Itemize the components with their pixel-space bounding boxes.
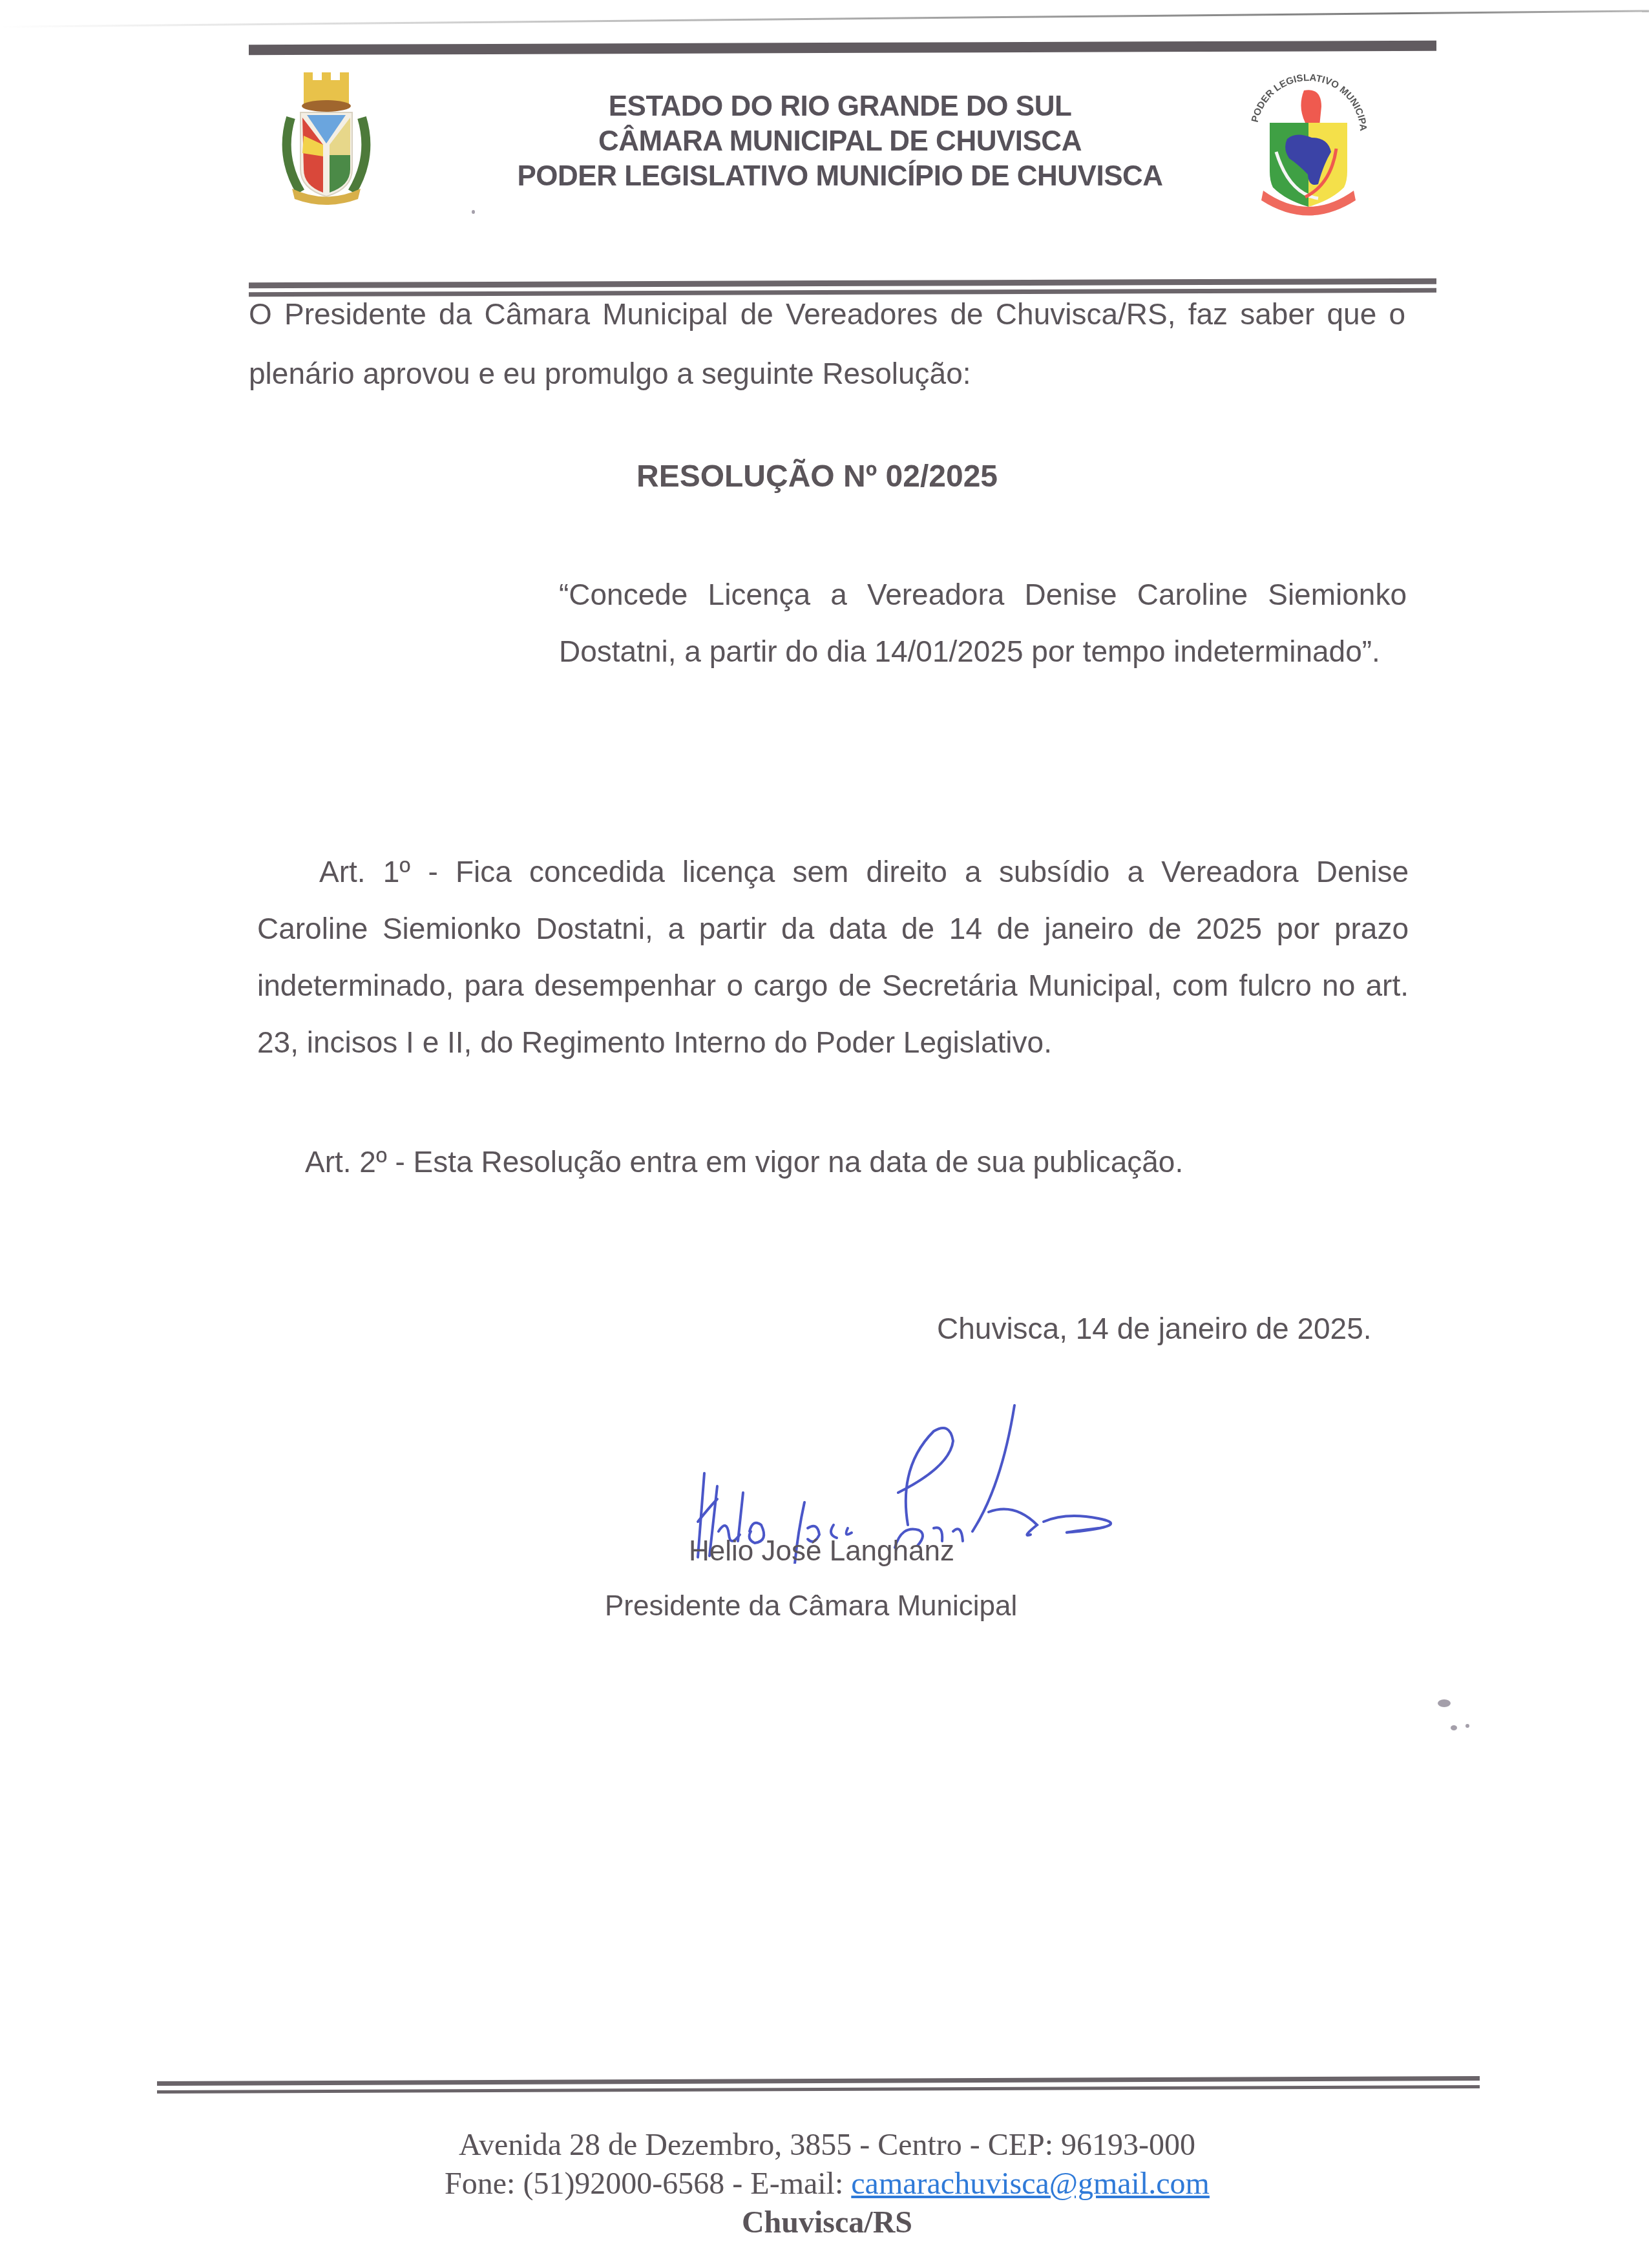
footer-address: Avenida 28 de Dezembro, 3855 - Centro - … <box>246 2126 1409 2165</box>
footer-divider-rule-secondary <box>157 2085 1480 2094</box>
footer-email-link[interactable]: camarachuvisca@gmail.com <box>851 2167 1210 2201</box>
header-line-state: ESTADO DO RIO GRANDE DO SUL <box>362 89 1318 124</box>
legislative-emblem-icon: PODER LEGISLATIVO MUNICIPAL <box>1241 61 1376 223</box>
footer-contact: Avenida 28 de Dezembro, 3855 - Centro - … <box>246 2126 1409 2242</box>
resolution-summary: “Concede Licença a Vereadora Denise Caro… <box>559 566 1407 680</box>
scan-speck <box>1451 1725 1457 1730</box>
header-line-legislative: PODER LEGISLATIVO MUNICÍPIO DE CHUVISCA <box>362 159 1318 194</box>
footer-phone-email-line: Fone: (51)92000-6568 - E-mail: camarachu… <box>246 2165 1409 2203</box>
promulgation-intro: O Presidente da Câmara Municipal de Vere… <box>249 284 1405 403</box>
municipal-coat-of-arms-icon <box>278 72 375 208</box>
footer-phone: Fone: (51)92000-6568 - E-mail: <box>445 2167 851 2201</box>
scan-speck <box>472 210 475 214</box>
signer-name: Helio José Langhanz <box>689 1522 954 1581</box>
scan-speck <box>1465 1724 1469 1728</box>
article-1: Art. 1º - Fica concedida licença sem dir… <box>257 843 1409 1071</box>
signer-role: Presidente da Câmara Municipal <box>605 1577 1017 1636</box>
place-and-date: Chuvisca, 14 de janeiro de 2025. <box>937 1299 1372 1358</box>
scan-edge-line <box>0 10 1649 28</box>
footer-city: Chuvisca/RS <box>246 2203 1409 2242</box>
scan-speck <box>1438 1699 1451 1707</box>
article-2: Art. 2º - Esta Resolução entra em vigor … <box>305 1132 1183 1192</box>
header-line-chamber: CÂMARA MUNICIPAL DE CHUVISCA <box>362 124 1318 159</box>
letterhead-title: ESTADO DO RIO GRANDE DO SUL CÂMARA MUNIC… <box>362 89 1318 194</box>
header-top-rule <box>249 41 1436 55</box>
resolution-title: RESOLUÇÃO Nº 02/2025 <box>636 459 998 494</box>
footer-divider-rule <box>157 2076 1480 2086</box>
